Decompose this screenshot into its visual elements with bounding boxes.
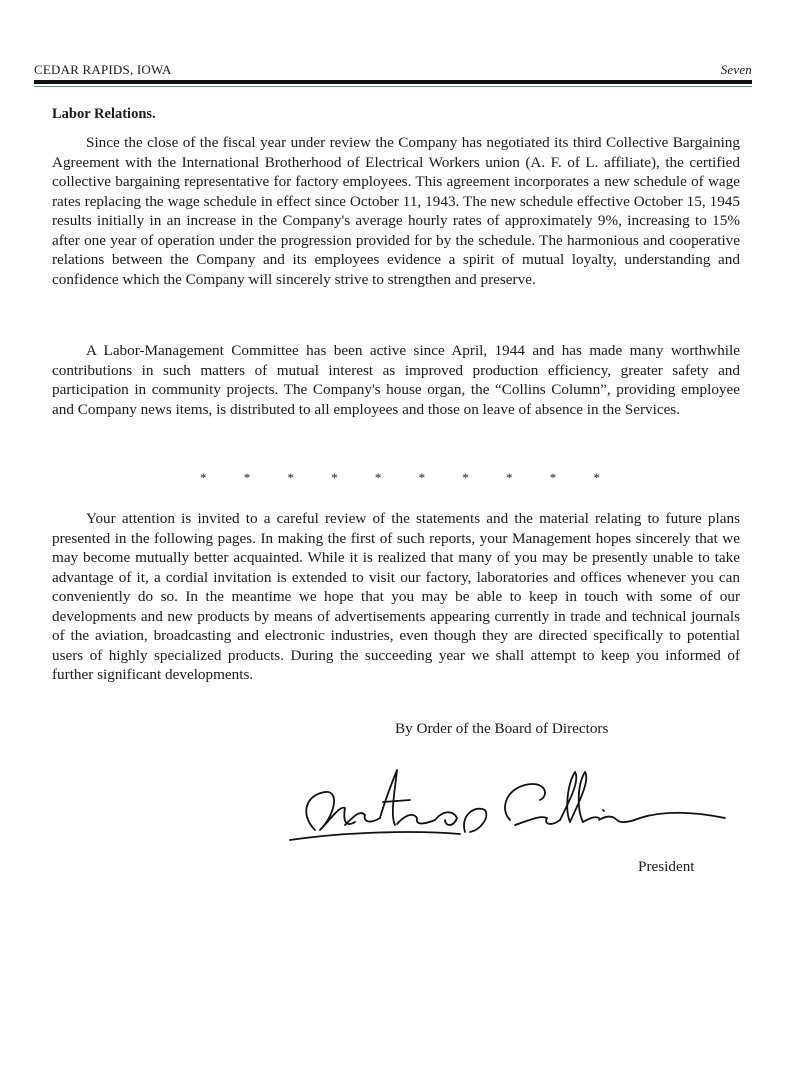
- separator-stars: * * * * * * * * * *: [200, 470, 600, 486]
- star: *: [244, 470, 251, 486]
- signature-icon: [285, 760, 745, 860]
- closing-line: By Order of the Board of Directors: [395, 720, 608, 738]
- star: *: [200, 470, 207, 486]
- paragraph-labor-committee: A Labor-Management Committee has been ac…: [52, 341, 740, 419]
- star: *: [287, 470, 294, 486]
- star: *: [419, 470, 426, 486]
- page-number: Seven: [721, 62, 752, 78]
- star: *: [550, 470, 557, 486]
- section-title: Labor Relations.: [52, 106, 156, 123]
- header-rule-thick: [34, 80, 752, 84]
- star: *: [331, 470, 338, 486]
- header-location: CEDAR RAPIDS, IOWA: [34, 62, 172, 78]
- paragraph-invitation: Your attention is invited to a careful r…: [52, 509, 740, 685]
- running-header: CEDAR RAPIDS, IOWA Seven: [34, 62, 752, 78]
- star: *: [593, 470, 600, 486]
- star: *: [375, 470, 382, 486]
- signatory-title: President: [638, 858, 695, 876]
- star: *: [506, 470, 513, 486]
- header-rule-thin: [34, 86, 752, 87]
- paragraph-labor-agreement: Since the close of the fiscal year under…: [52, 133, 740, 289]
- star: *: [462, 470, 469, 486]
